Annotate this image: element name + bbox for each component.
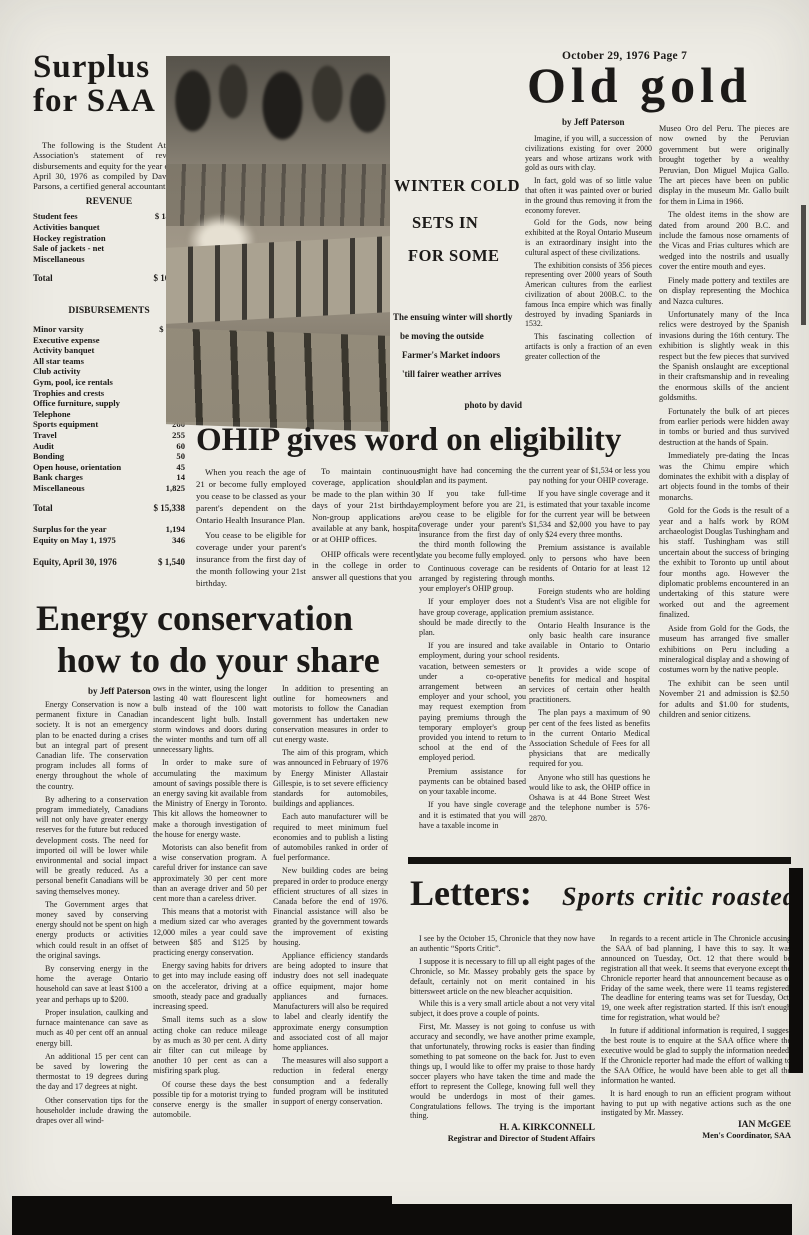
paragraph: If you take full-time employment before … [419,489,526,560]
ohip-col4: the current year of $1,534 or less you p… [529,466,650,858]
finance-row-label: Gym, pool, ice rentals [33,377,113,388]
paragraph: If your employer does not have group cov… [419,597,526,638]
equity-final-value: $ 1,540 [158,557,185,568]
paragraph: This fascinating collection of artifacts… [525,332,652,361]
paragraph: The aim of this program, which was annou… [273,748,388,809]
finance-row-label: Open house, orientation [33,462,121,473]
equity-final-label: Equity, April 30, 1976 [33,557,117,568]
energy-byline: by Jeff Paterson [88,686,151,696]
surplus-headline-line1: Surplus [33,50,185,84]
finance-row: Miscellaneous1,825 [33,483,185,494]
finance-row-value: 255 [172,430,185,441]
paragraph: Appliance efficiency standards are being… [273,951,388,1053]
paragraph: Farmer's Market indoors [393,346,533,365]
paragraph: Aside from Gold for the Gods, the museum… [659,624,789,676]
finance-row: All star teams1,368 [33,356,185,367]
finance-row-value: 60 [176,441,185,452]
paragraph: If you are insured and take employment, … [419,641,526,763]
finance-row: Open house, orientation45 [33,462,185,473]
letters-divider-rule [408,857,791,864]
paragraph: An additional 15 per cent can be saved b… [36,1052,148,1093]
paragraph: The measures will also support a reducti… [273,1056,388,1107]
finance-row: Miscellaneous569 [33,254,185,265]
finance-row: Equity on May 1, 1975346 [33,535,185,546]
paragraph: Motorists can also benefit from a wise c… [153,843,267,904]
letters-headline: Letters: [410,872,532,914]
paragraph: be moving the outside [393,327,533,346]
photo-figures [166,56,390,174]
paragraph: Foreign students who are holding a Stude… [529,587,650,618]
winter-cold-headline: WINTER COLD SETS IN FOR SOME [394,176,526,266]
finance-row-label: Office furniture, supply [33,398,120,409]
paragraph: While this is a very small article about… [410,999,595,1019]
old-gold-byline: by Jeff Paterson [562,117,625,127]
paragraph: In order to make sure of accumulating th… [153,758,267,840]
finance-row-label: Activity banquet [33,345,94,356]
finance-row-label: Miscellaneous [33,483,85,494]
paragraph: In fact, gold was of so little value tha… [525,176,652,215]
letters-col2: In regards to a recent article in The Ch… [601,934,791,1192]
old-gold-col2: Museo Oro del Peru. The pieces are now o… [659,124,789,856]
disbursements-total-value: $ 15,338 [154,503,186,514]
finance-row-value: 1,194 [166,524,185,535]
bottom-bar-left [12,1196,392,1235]
energy-headline-line1: Energy conservation [36,597,353,639]
paragraph: the current year of $1,534 or less you p… [529,466,650,486]
paragraph: The Government arges that money saved by… [36,900,148,961]
photo-crates-lower [166,328,390,432]
paragraph: OHIP officals were recently in the colle… [312,549,420,583]
energy-col1: Energy Conservation is now a permanent f… [36,700,148,1170]
paragraph: Other conservation tips for the househol… [36,1096,148,1127]
paragraph: I see by the October 15, Chronicle that … [410,934,595,954]
paragraph: When you reach the age of 21 or become f… [196,466,306,526]
revenue-header: REVENUE [33,197,185,207]
paragraph: The exhibit can be seen until November 2… [659,679,789,721]
finance-row-label: Sale of jackets - net [33,243,104,254]
letters-subheadline: Sports critic roasted [562,882,797,912]
finance-row-label: Travel [33,430,57,441]
paragraph: Each auto manufacturer will be required … [273,812,388,863]
letter-2-signature-name: IAN McGEE [601,1121,791,1131]
energy-headline-line2: how to do your share [57,639,380,681]
paragraph: Premium assistance is available only to … [529,543,650,584]
paragraph: Ontario Health Insurance is the only bas… [529,621,650,662]
paragraph: The plan pays a maximum of 90 per cent o… [529,708,650,769]
finance-row: Bank charges14 [33,472,185,483]
paragraph: It is hard enough to run an efficient pr… [601,1089,791,1119]
letter-1-body: I see by the October 15, Chronicle that … [410,934,595,1121]
right-edge-strip [789,868,803,1073]
old-gold-headline: Old gold [527,56,793,114]
disbursements-total-label: Total [33,503,53,514]
paragraph: By adhering to a conservation program im… [36,795,148,897]
photo-caption: The ensuing winter will shortlybe moving… [393,308,533,384]
finance-row-label: Minor varsity [33,324,84,335]
finance-row-label: Club activity [33,366,81,377]
disbursements-header: DISBURSEMENTS [33,306,185,316]
disbursements-table: Minor varsity$ 3,670Executive expense1,8… [33,324,185,494]
winter-line2: SETS IN [412,213,526,233]
equity-final-row: Equity, April 30, 1976 $ 1,540 [33,557,185,568]
finance-row-label: Trophies and crests [33,388,104,399]
article-surplus-for-saa: Surplus for SAA The following is the Stu… [33,50,185,568]
paragraph: The exhibition consists of 356 pieces re… [525,261,652,330]
paragraph: Imagine, if you will, a succession of ci… [525,134,652,173]
paragraph: Immediately pre-dating the Incas was the… [659,451,789,503]
finance-row: Audit60 [33,441,185,452]
paragraph: By conserving energy in the home the ave… [36,964,148,1005]
paragraph: 'till fairer weather arrives [393,365,533,384]
paragraph: The oldest items in the show are dated f… [659,210,789,272]
paragraph: Unfortunately many of the Inca relics we… [659,310,789,404]
revenue-table: Student fees$ 14,790Activities banquet91… [33,211,185,264]
finance-row-label: Surplus for the year [33,524,107,535]
letter-1-signature: H. A. KIRKCONNELL Registrar and Director… [410,1124,595,1144]
surplus-headline: Surplus for SAA [33,50,185,118]
paragraph: Small items such as a slow acting choke … [153,1015,267,1076]
paragraph: You cease to be eligible for coverage un… [196,529,306,589]
finance-row-label: Miscellaneous [33,254,85,265]
paragraph: If you have single coverage and it is es… [529,489,650,540]
paragraph: Fortunately the bulk of art pieces from … [659,407,789,449]
right-edge-line [801,205,806,325]
summary-table: Surplus for the year1,194Equity on May 1… [33,524,185,545]
finance-row: Hockey registration246 [33,233,185,244]
paragraph: In future if additional information is r… [601,1026,791,1085]
paragraph: Energy saving habits for drivers to get … [153,961,267,1012]
finance-row-label: All star teams [33,356,84,367]
paragraph: The ensuing winter will shortly [393,308,533,327]
paragraph: If you have single coverage and it is es… [419,800,526,831]
finance-row-value: 45 [176,462,185,473]
paragraph: Energy Conservation is now a permanent f… [36,700,148,792]
finance-row-label: Hockey registration [33,233,106,244]
ohip-col2: To maintain continuous coverage, applica… [312,466,420,600]
finance-row: Surplus for the year1,194 [33,524,185,535]
paragraph: Finely made pottery and textiles are on … [659,276,789,307]
paragraph: This means that a motorist with a medium… [153,907,267,958]
paragraph: ows in the winter, using the longer last… [153,684,267,755]
finance-row-label: Sports equipment [33,419,98,430]
finance-row: Gym, pool, ice rentals1,260 [33,377,185,388]
finance-row: Office furniture, supply748 [33,398,185,409]
paragraph: Of course these days the best possible t… [153,1080,267,1121]
finance-row: Activities banquet913 [33,222,185,233]
revenue-total-row: Total $ 16,532 [33,273,185,284]
finance-row: Telephone352 [33,409,185,420]
photo-crates-upper [166,236,390,324]
finance-row-label: Audit [33,441,54,452]
ohip-headline: OHIP gives word on eligibility [196,422,666,459]
paragraph: Proper insulation, caulking and furnace … [36,1008,148,1049]
finance-row-value: 14 [176,472,185,483]
finance-row-value: 1,825 [166,483,185,494]
paragraph: Museo Oro del Peru. The pieces are now o… [659,124,789,207]
paragraph: It provides a wide scope of benefits for… [529,665,650,706]
ohip-col3: might have had concerning the plan and i… [419,466,526,858]
finance-row: Executive expense1,850 [33,335,185,346]
winter-line1: WINTER COLD [394,176,526,196]
letter-1-signature-title: Registrar and Director of Student Affair… [410,1134,595,1144]
finance-row: Sale of jackets - net14 [33,243,185,254]
finance-row: Activity banquet1,378 [33,345,185,356]
finance-row-label: Activities banquet [33,222,100,233]
finance-row-label: Student fees [33,211,78,222]
surplus-intro: The following is the Student Athletic As… [33,140,185,191]
paragraph: In regards to a recent article in The Ch… [601,934,791,1023]
finance-row-label: Executive expense [33,335,100,346]
paragraph: To maintain continuous coverage, applica… [312,466,420,546]
ohip-col1: When you reach the age of 21 or become f… [196,466,306,600]
energy-col3: In addition to presenting an outline for… [273,684,388,1170]
photo-farmers-market [166,56,390,422]
finance-row: Bonding50 [33,451,185,462]
newspaper-page: October 29, 1976 Page 7 Surplus for SAA … [0,0,809,1235]
paragraph: In addition to presenting an outline for… [273,684,388,745]
surplus-headline-line2: for SAA [33,84,185,118]
finance-row: Minor varsity$ 3,670 [33,324,185,335]
paragraph: I suppose it is necessary to fill up all… [410,957,595,997]
finance-row-label: Bank charges [33,472,83,483]
paragraph: might have had concerning the plan and i… [419,466,526,486]
revenue-total-label: Total [33,273,53,284]
finance-row: Sports equipment260 [33,419,185,430]
finance-row: Travel255 [33,430,185,441]
paragraph: New building codes are being prepared in… [273,866,388,948]
finance-row-label: Telephone [33,409,70,420]
paragraph: Continuous coverage can be arranged by r… [419,564,526,595]
letter-2-signature: IAN McGEE Men's Coordinator, SAA [601,1121,791,1141]
finance-row-label: Bonding [33,451,64,462]
finance-row: Student fees$ 14,790 [33,211,185,222]
finance-row: Trophies and crests910 [33,388,185,399]
bottom-bar-right [388,1204,792,1235]
photo-credit: photo by david [400,400,522,410]
letters-col1: I see by the October 15, Chronicle that … [410,934,595,1192]
letter-1-signature-name: H. A. KIRKCONNELL [410,1124,595,1134]
paragraph: First, Mr. Massey is not going to confus… [410,1022,595,1121]
letter-2-body: In regards to a recent article in The Ch… [601,934,791,1118]
old-gold-col1: Imagine, if you will, a succession of ci… [525,134,652,421]
disbursements-total-row: Total $ 15,338 [33,503,185,514]
paragraph: Anyone who still has questions he would … [529,773,650,824]
paragraph: Premium assistance for payments can be o… [419,767,526,798]
finance-row: Club activity1,293 [33,366,185,377]
energy-col2: ows in the winter, using the longer last… [153,684,267,1170]
finance-row-value: 346 [172,535,185,546]
winter-line3: FOR SOME [408,246,526,266]
finance-row-value: 50 [176,451,185,462]
paragraph: Gold for the Gods is the result of a yea… [659,506,789,620]
paragraph: Gold for the Gods, now being exhibited a… [525,218,652,257]
finance-row-label: Equity on May 1, 1975 [33,535,116,546]
letter-2-signature-title: Men's Coordinator, SAA [601,1131,791,1141]
